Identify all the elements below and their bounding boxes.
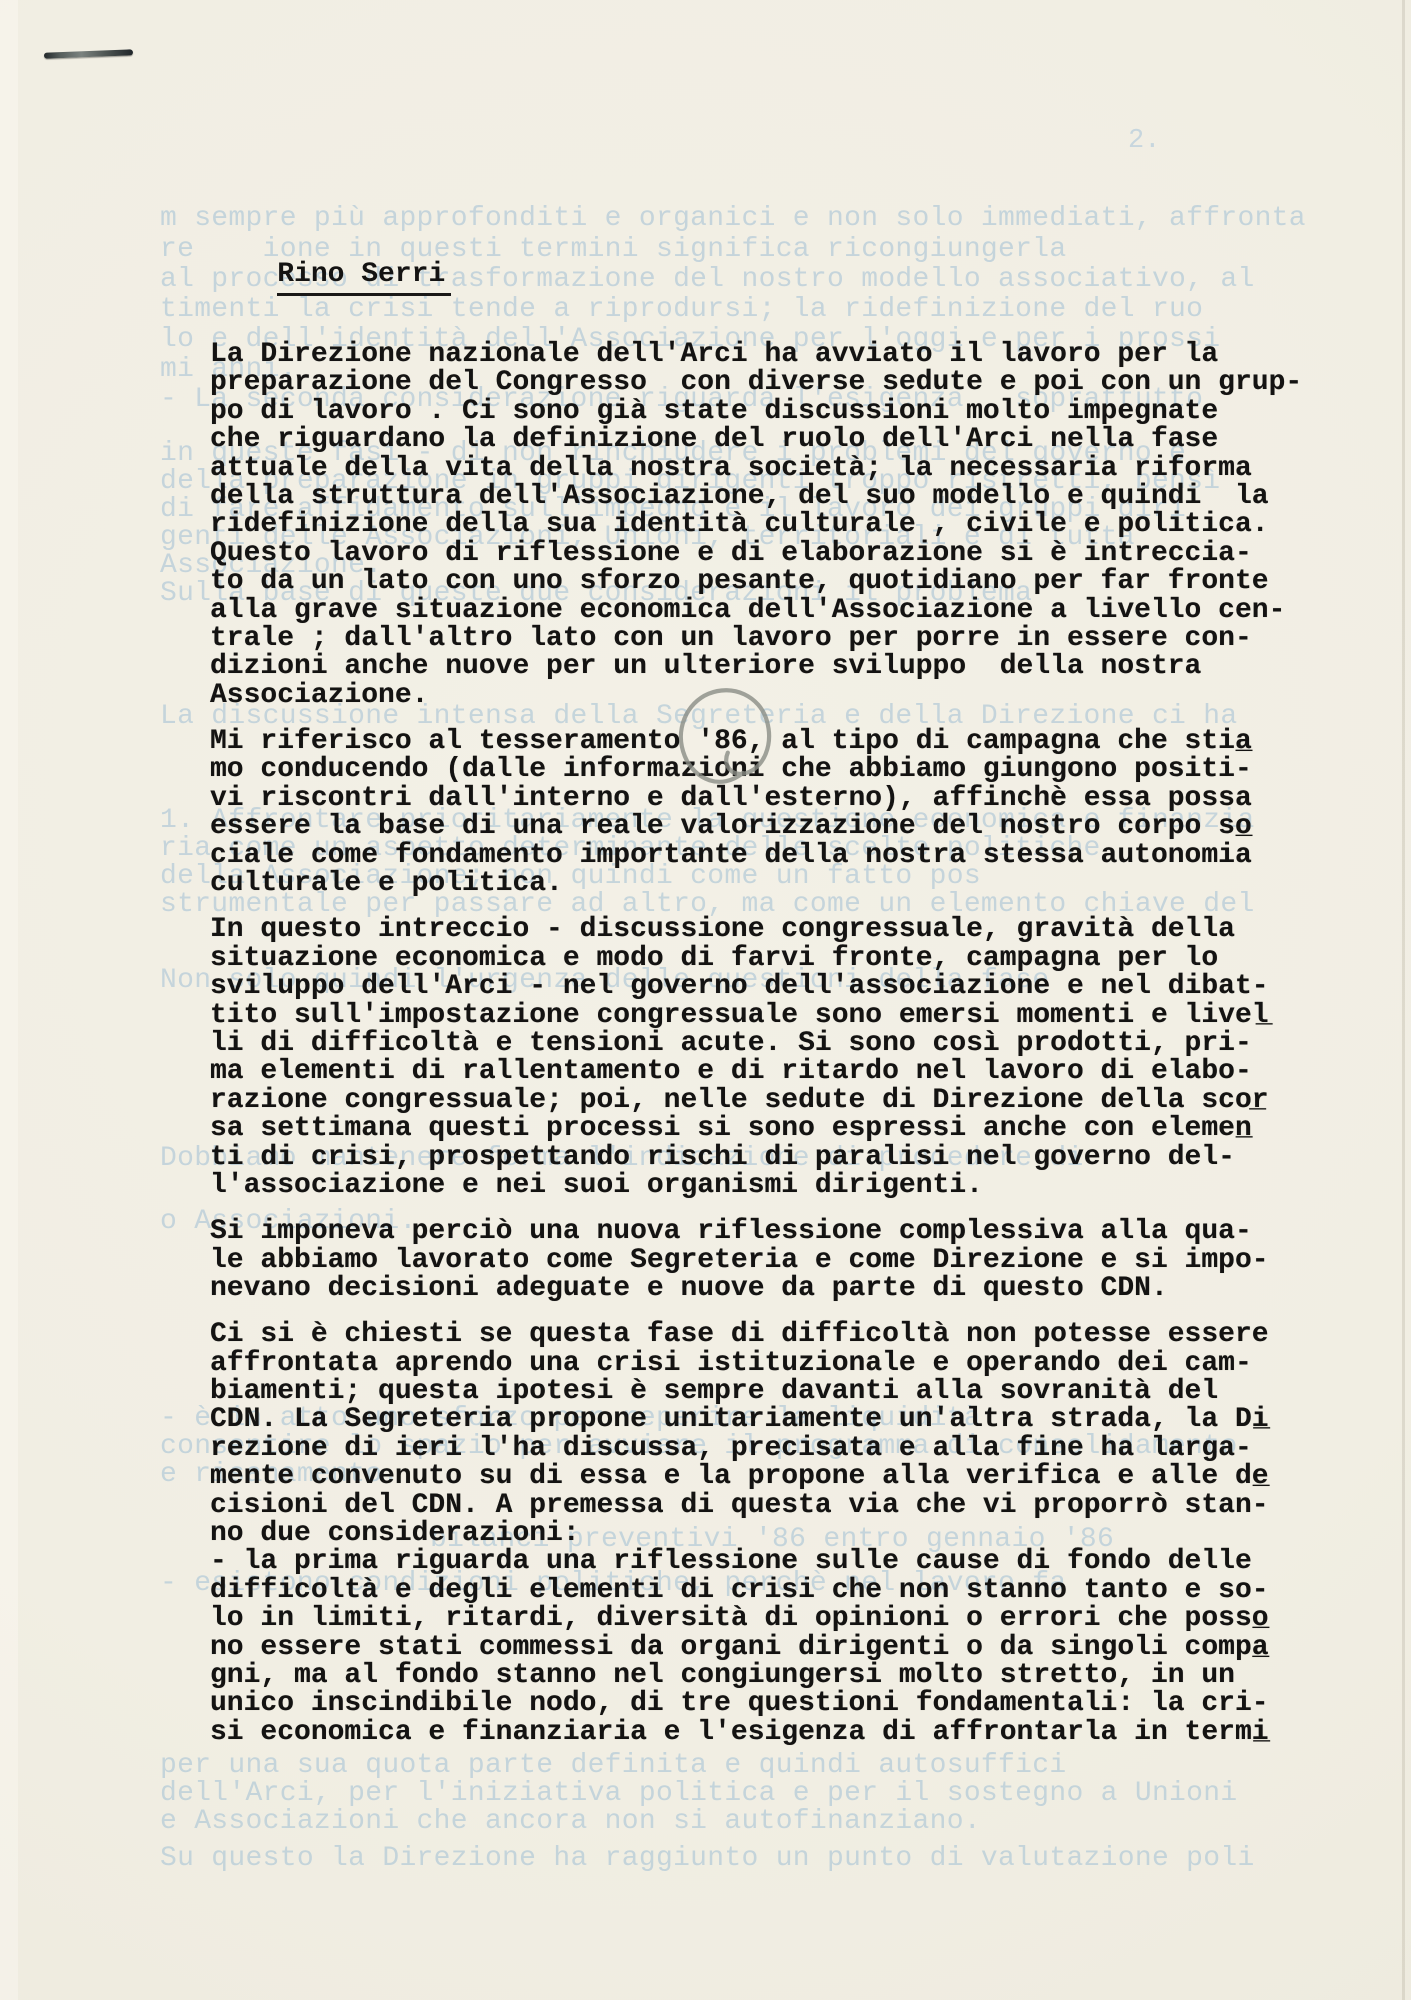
paragraph-1: La Direzione nazionale dell'Arci ha avvi… <box>210 341 1270 710</box>
page-right-edge <box>1402 0 1405 2000</box>
paragraph-3: In questo intreccio - discussione congre… <box>210 916 1270 1200</box>
page-left-edge <box>0 0 18 2000</box>
pencil-circle-annotation <box>668 684 786 788</box>
author-heading: Rino Serri <box>210 228 451 327</box>
paragraph-5: Ci si è chiesti se questa fase di diffic… <box>210 1321 1270 1747</box>
author-heading-text: Rino Serri <box>277 259 451 296</box>
page-number: 2. <box>1128 126 1160 156</box>
staple <box>44 49 133 58</box>
scanned-document-page: m sempre più approfonditi e organici e n… <box>0 0 1411 2000</box>
bleedthrough-line: Su questo la Direzione ha raggiunto un p… <box>160 1845 1255 1873</box>
paragraph-4: Si imponeva perciò una nuova riflessione… <box>210 1218 1270 1303</box>
typewritten-body: La Direzione nazionale dell'Arci ha avvi… <box>210 341 1270 1765</box>
bleedthrough-line: dell'Arci, per l'iniziativa politica e p… <box>160 1780 1237 1808</box>
bleedthrough-line: e Associazioni che ancora non si autofin… <box>160 1808 981 1836</box>
